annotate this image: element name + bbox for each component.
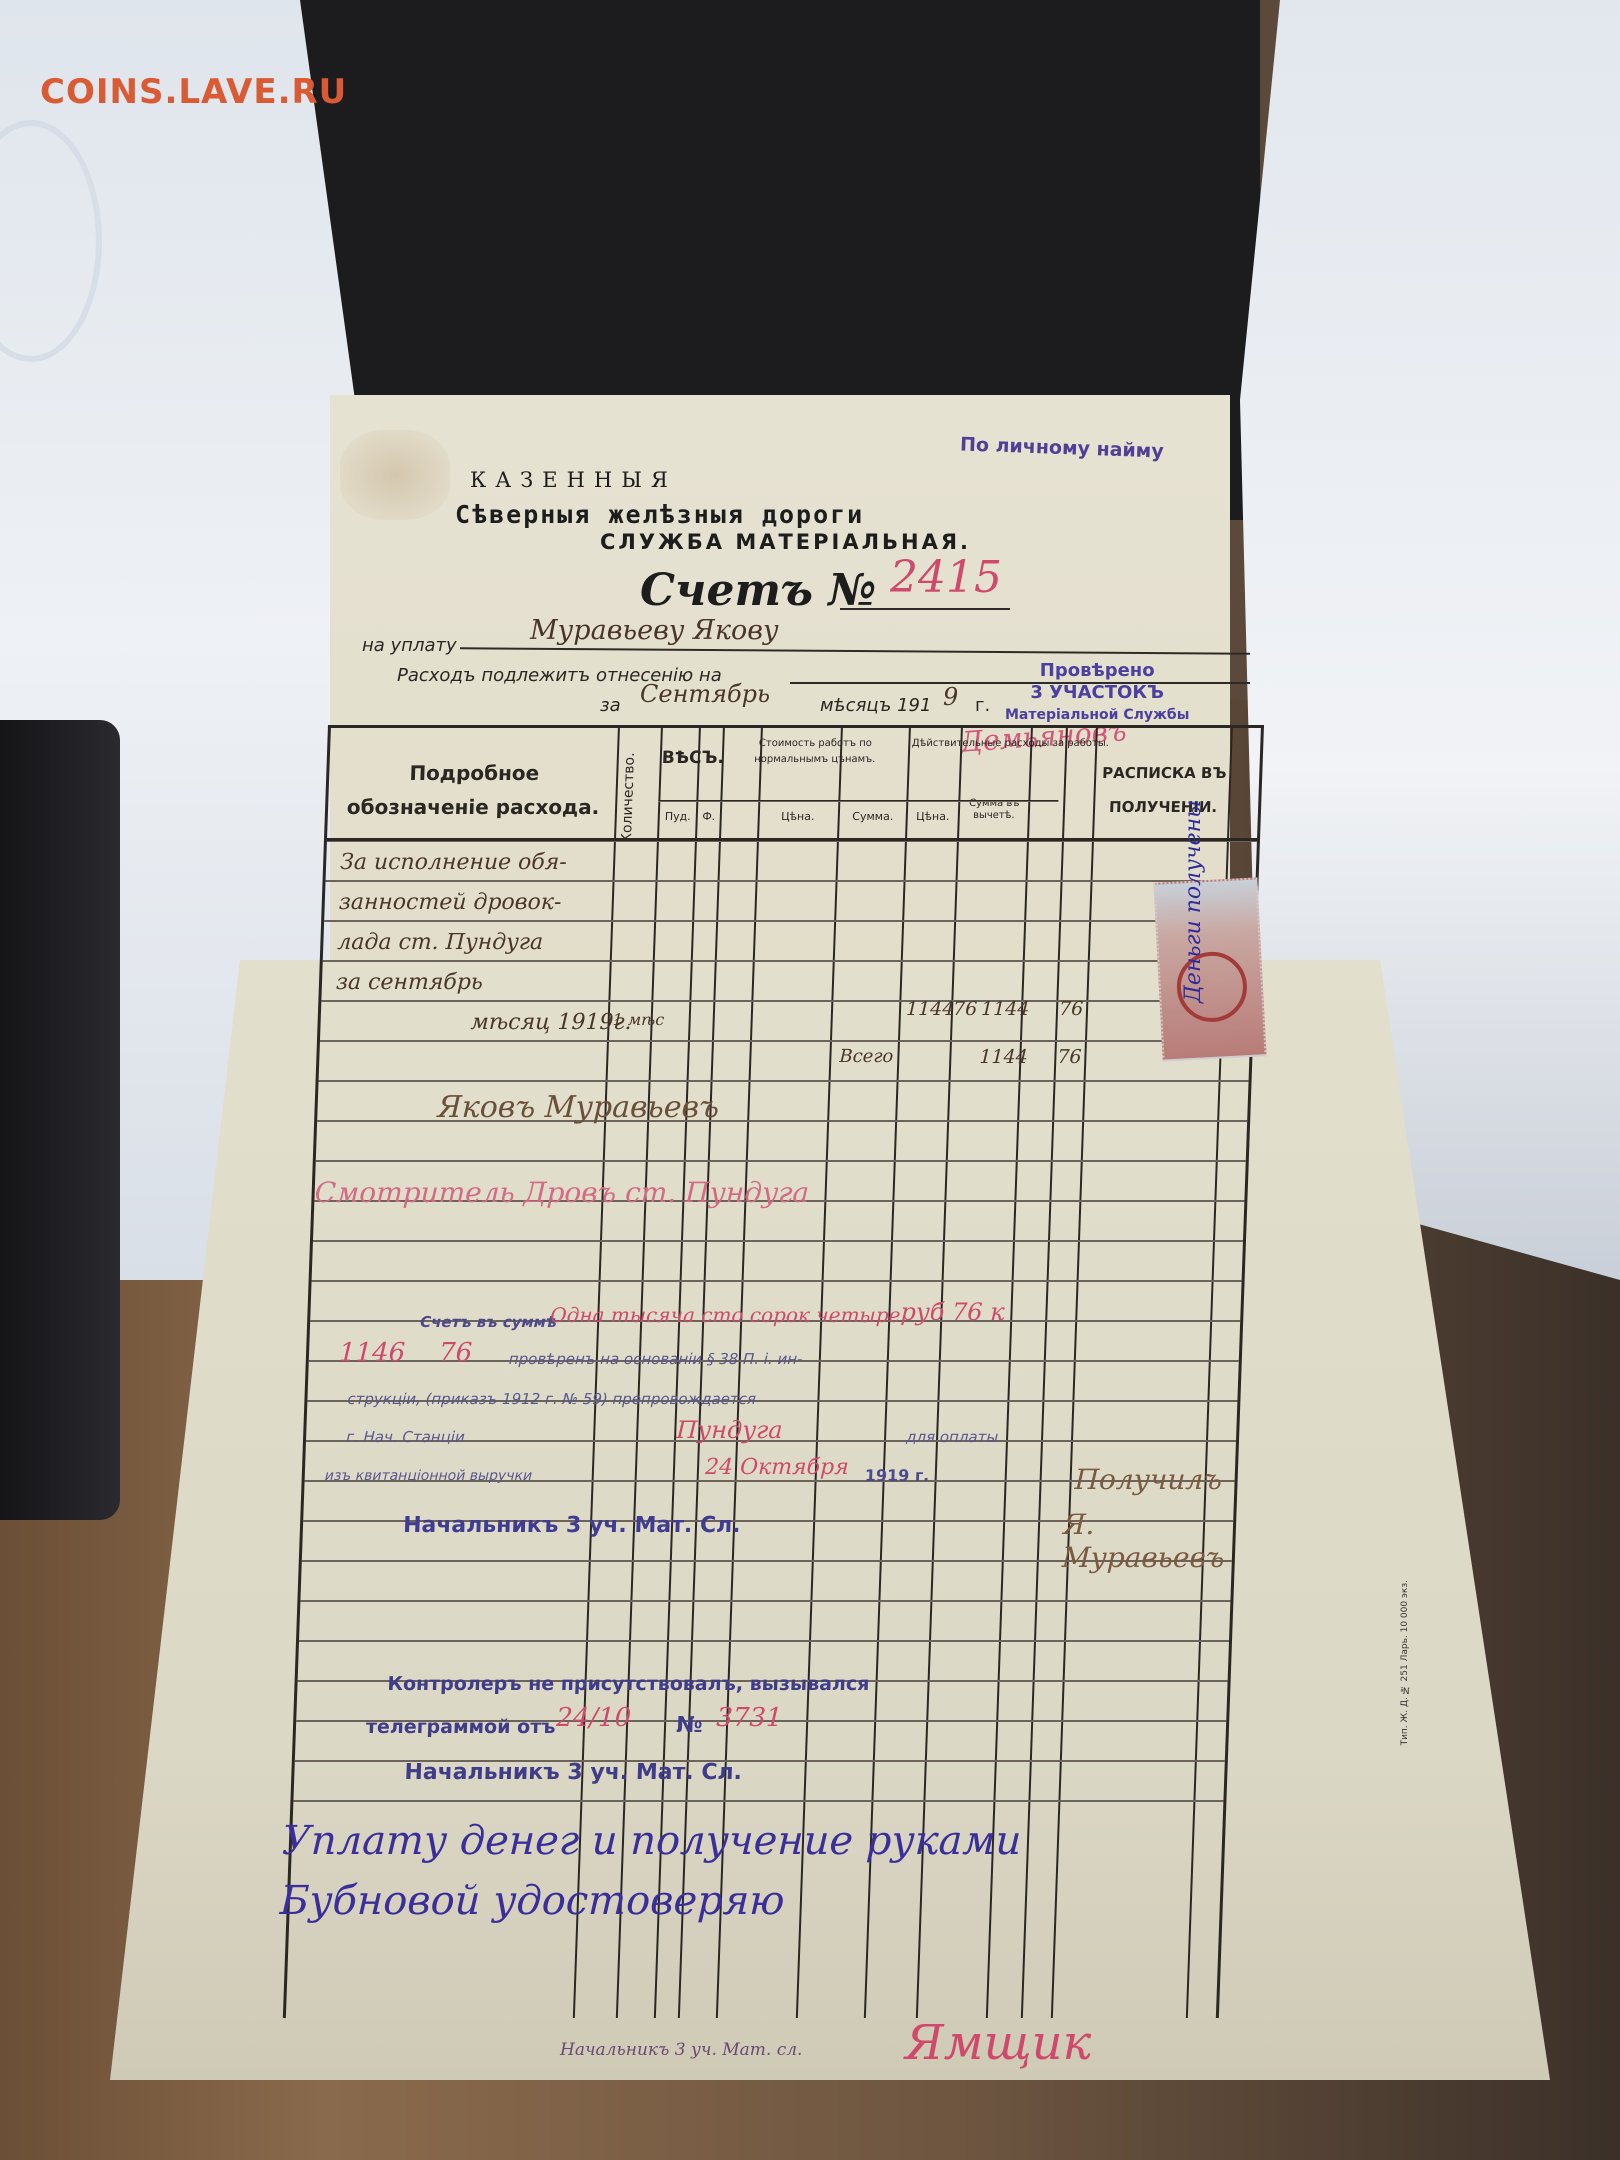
header-bottom-rule (327, 838, 1257, 842)
header-line-1: КАЗЕННЫЯ (470, 468, 677, 492)
header-receipt: РАСПИСКА ВЪ ПОЛУЧЕНІИ. (1098, 756, 1230, 824)
item-line-3: лада ст. Пундуга (337, 930, 544, 955)
header-subdivider (658, 800, 1058, 802)
header-description: Подробное обозначеніе расхода. (338, 756, 610, 824)
verified-stamp-line-1: Провѣрено (1005, 660, 1189, 682)
controller-no-label: № (676, 1713, 703, 1738)
row-rule (293, 1800, 1223, 1802)
verify-line-4-suffix: для оплаты (906, 1428, 999, 1446)
received-line-1: Получилъ (1074, 1463, 1222, 1496)
controller-line-2-prefix: телеграммой отъ (366, 1716, 556, 1738)
verify-line-2: провѣренъ на основаніи § 38 П. і. ин- (509, 1350, 803, 1368)
item-line-4: за сентябрь (336, 970, 484, 995)
printer-imprint: Тип. Ж. Д. № 251 Ларь. 10 000 экз. (1400, 1580, 1410, 1745)
paper-stain (340, 430, 450, 520)
invoice-number-underline (840, 608, 1010, 610)
verify-year: 1919 г. (864, 1466, 929, 1485)
blue-note-line-2: Бубновой удостоверяю (279, 1878, 785, 1924)
row-rule (324, 920, 1254, 922)
row-rule (326, 880, 1256, 882)
header-normal-sum: Сумма. (840, 810, 906, 823)
period-year-digit: 9 (943, 683, 958, 711)
verify-chief: Начальникъ 3 уч. Мат. Сл. (403, 1513, 741, 1538)
verify-amount-rub: 1146 (339, 1338, 406, 1368)
period-prefix: за (600, 695, 621, 716)
controller-chief: Начальникъ 3 уч. Мат. Сл. (404, 1760, 742, 1785)
item-quantity: 1 мѣс (612, 1010, 664, 1029)
verify-amount-kop: 76 (439, 1338, 473, 1368)
controller-number: 3731 (716, 1703, 783, 1733)
controller-line-1: Контролеръ не присутствовалъ, вызывался (387, 1673, 870, 1695)
row-rule (320, 1040, 1250, 1042)
row-rule (323, 960, 1253, 962)
red-station-note: Смотритель Дровъ ст. Пундуга (314, 1176, 810, 1209)
row-rule (316, 1160, 1246, 1162)
payee-signature: Яковъ Муравьевъ (437, 1090, 720, 1125)
verify-station: Пундуга (676, 1416, 783, 1444)
total-rub: 1144 (979, 1046, 1028, 1068)
row-rule (321, 1000, 1251, 1002)
verify-line-3: струкціи, (приказъ 1912 г. № 59) препров… (347, 1390, 756, 1408)
row-rule (299, 1640, 1229, 1642)
header-normal-cost: Стоимость работъ по нормальнымъ цѣнамъ. (724, 736, 905, 768)
header-actual-cost: Дѣйствительные расходы за работы. (910, 736, 1111, 752)
total-kop: 76 (1057, 1046, 1082, 1068)
total-label: Всего (839, 1046, 894, 1067)
item-sum-kop: 76 (1059, 998, 1084, 1020)
item-line-2: занностей дровок- (338, 890, 561, 915)
header-normal-price: Цѣна. (760, 810, 836, 823)
period-month-label: мѣсяцъ 191 (820, 695, 931, 716)
header-quantity: Количество. (619, 748, 658, 848)
verify-amount-words: Одна тысяча сто сорок четыре (550, 1303, 901, 1327)
header-weight-f: Ф. (698, 810, 720, 823)
received-line-2: Я. Муравьевъ (1061, 1508, 1233, 1574)
row-rule (312, 1280, 1242, 1282)
blue-note-line-1: Уплату денег и получение руками (281, 1818, 1022, 1864)
footer-red-signature: Ямщик (905, 2015, 1091, 2071)
payee-label: на уплату (362, 635, 457, 656)
footer-chief-print: Начальникъ 3 уч. Мат. сл. (560, 2040, 802, 2060)
header-line-2: Сѣверныя желѣзныя дороги (455, 500, 864, 529)
verify-amount-suffix: руб 76 к (900, 1298, 1005, 1326)
row-rule (313, 1240, 1243, 1242)
verify-line-4: г. Нач. Станціи (346, 1428, 465, 1446)
verify-line-5: изъ квитанціонной выручки (324, 1468, 532, 1484)
period-suffix: г. (975, 695, 990, 716)
payee-value: Муравьеву Якову (530, 615, 779, 646)
watermark: COINS.LAVE.RU (40, 72, 347, 112)
verified-stamp-line-2: 3 УЧАСТОКЪ (1005, 682, 1189, 704)
revenue-stamp (1153, 877, 1266, 1061)
item-line-5: мѣсяц 1919г. (470, 1010, 632, 1035)
receipt-signature: Деньги получены (1180, 800, 1208, 1003)
item-price-rub: 1144 (906, 998, 955, 1020)
controller-date: 24/10 (556, 1703, 632, 1733)
item-price-kop: 76 (953, 998, 978, 1020)
item-sum-rub: 1144 (981, 998, 1030, 1020)
verify-line-1-prefix: Счетъ въ суммѣ (420, 1313, 558, 1331)
verify-date: 24 Октября (705, 1455, 850, 1480)
header-weight-pud: Пуд. (660, 810, 696, 823)
expense-table: Подробное обозначеніе расхода. Количеств… (283, 725, 1264, 2018)
header-weight: ВѢСЪ. (661, 748, 722, 768)
invoice-number: 2415 (890, 552, 1002, 603)
row-rule (300, 1600, 1230, 1602)
laptop-edge (0, 720, 120, 1520)
header-actual-price: Цѣна. (908, 810, 958, 823)
header-line-3: СЛУЖБА МАТЕРІАЛЬНАЯ. (600, 530, 971, 554)
row-rule (319, 1080, 1249, 1082)
period-month: Сентябрь (640, 680, 770, 708)
item-line-1: За исполнение обя- (340, 850, 567, 875)
